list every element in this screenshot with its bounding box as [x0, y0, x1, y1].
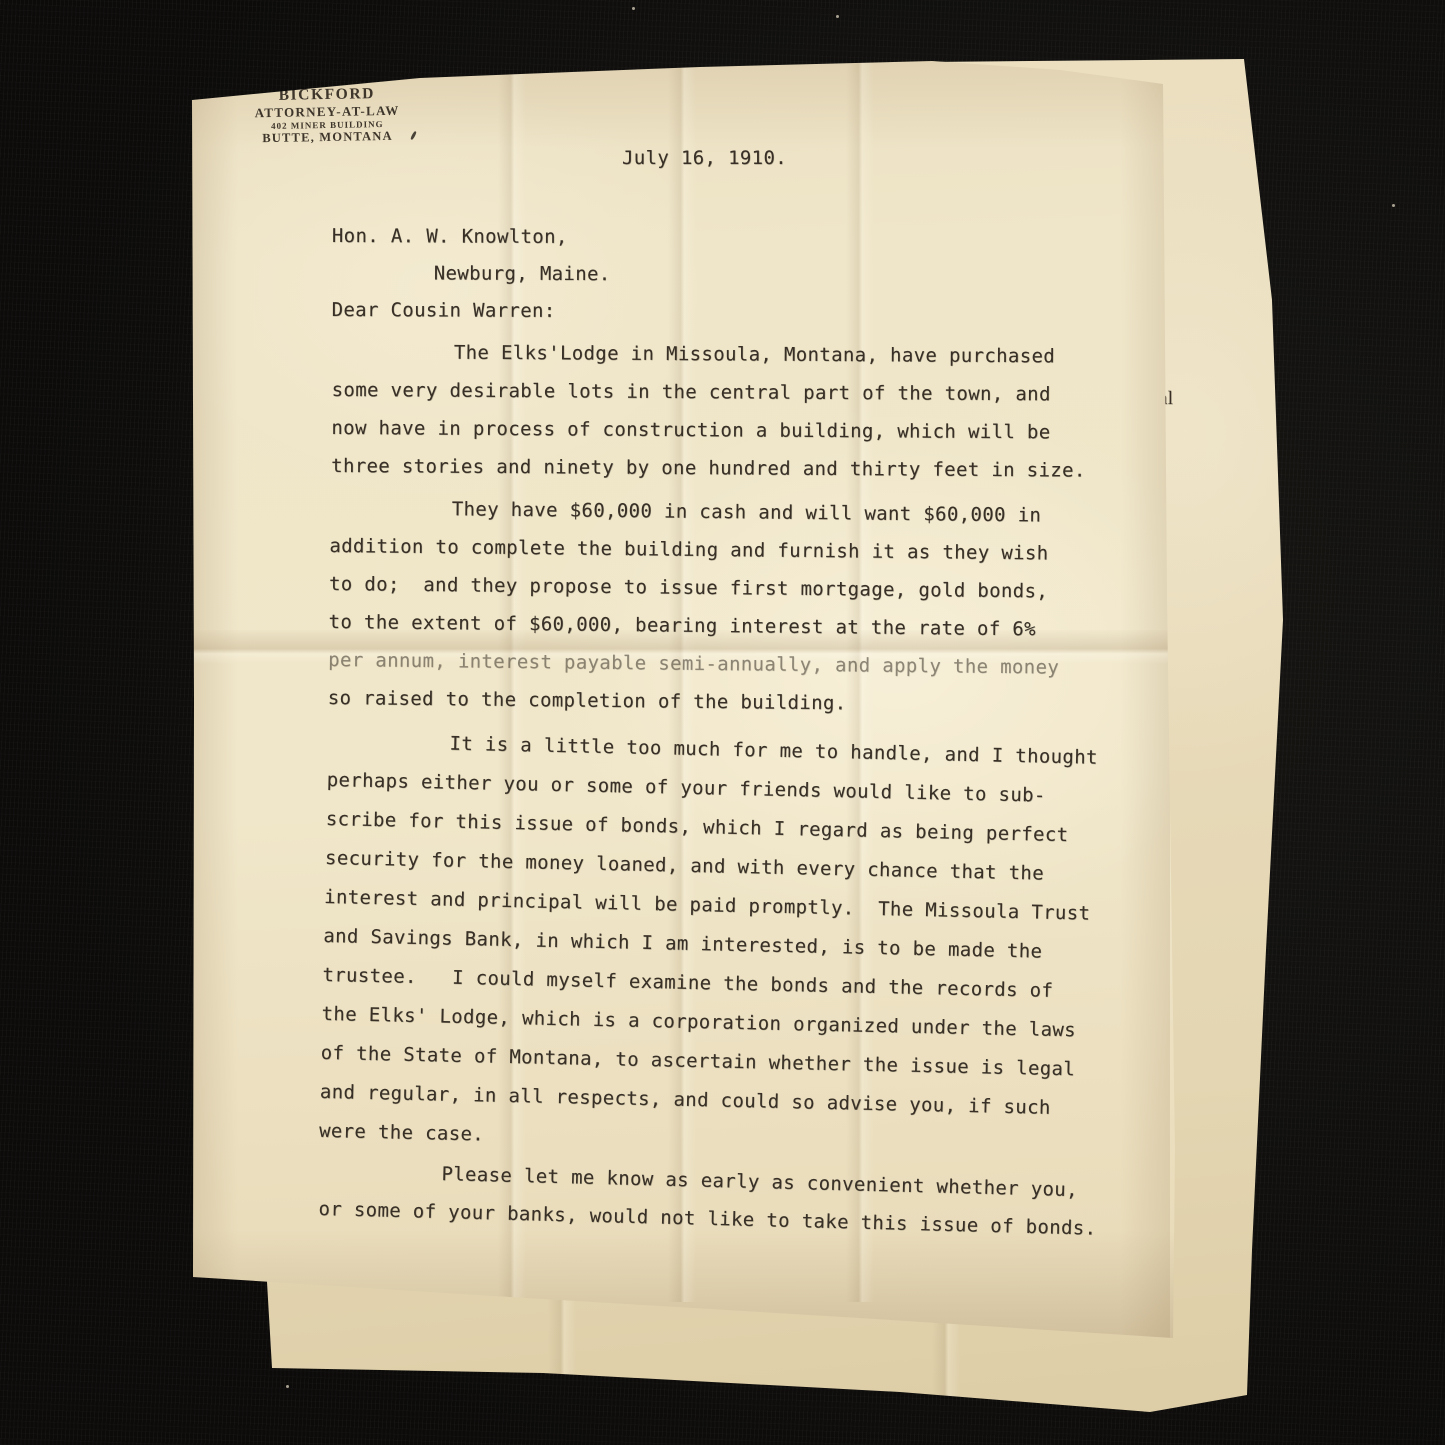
typed-line-faded-by-fold: per annum, interest payable semi-annuall… [328, 641, 1059, 687]
recipient-and-salutation: Hon. A. W. Knowlton, Newburg, Maine. Dea… [332, 218, 611, 330]
recipient-address: Newburg, Maine. [332, 255, 611, 293]
paragraph-4: Please let me know as early as convenien… [318, 1152, 1098, 1248]
paper-shading [1120, 80, 1170, 1340]
typed-line: some very desirable lots in the central … [332, 371, 1087, 414]
paragraph-3: It is a little too much for me to handle… [319, 722, 1099, 1168]
dust-speck [286, 1385, 289, 1388]
typed-line: three stories and ninety by one hundred … [331, 447, 1086, 490]
paragraph-2: They have $60,000 in cash and will want … [328, 489, 1061, 725]
paper-shading [190, 60, 238, 1290]
salutation: Dear Cousin Warren: [332, 292, 611, 330]
letterhead: WALTER M. BICKFORD ATTORNEY-AT-LAW 402 M… [235, 66, 418, 145]
paragraph-1: The Elks'Lodge in Missoula, Montana, hav… [331, 333, 1086, 490]
dust-speck [836, 15, 839, 18]
photo-background: al ), e. WALTER M. BICKFORD ATTORNEY-AT-… [0, 0, 1445, 1445]
recipient-name: Hon. A. W. Knowlton, [332, 218, 611, 256]
dust-speck [1392, 204, 1395, 207]
letterhead-name: WALTER M. BICKFORD [235, 66, 418, 105]
letterhead-city: BUTTE, MONTANA [236, 129, 418, 145]
typed-line: now have in process of construction a bu… [331, 409, 1086, 452]
letterhead-title: ATTORNEY-AT-LAW [236, 102, 418, 120]
dust-speck [632, 7, 635, 10]
typed-line: The Elks'Lodge in Missoula, Montana, hav… [332, 333, 1087, 376]
typed-line: so raised to the completion of the build… [328, 679, 1059, 725]
date-line: July 16, 1910. [622, 139, 787, 177]
